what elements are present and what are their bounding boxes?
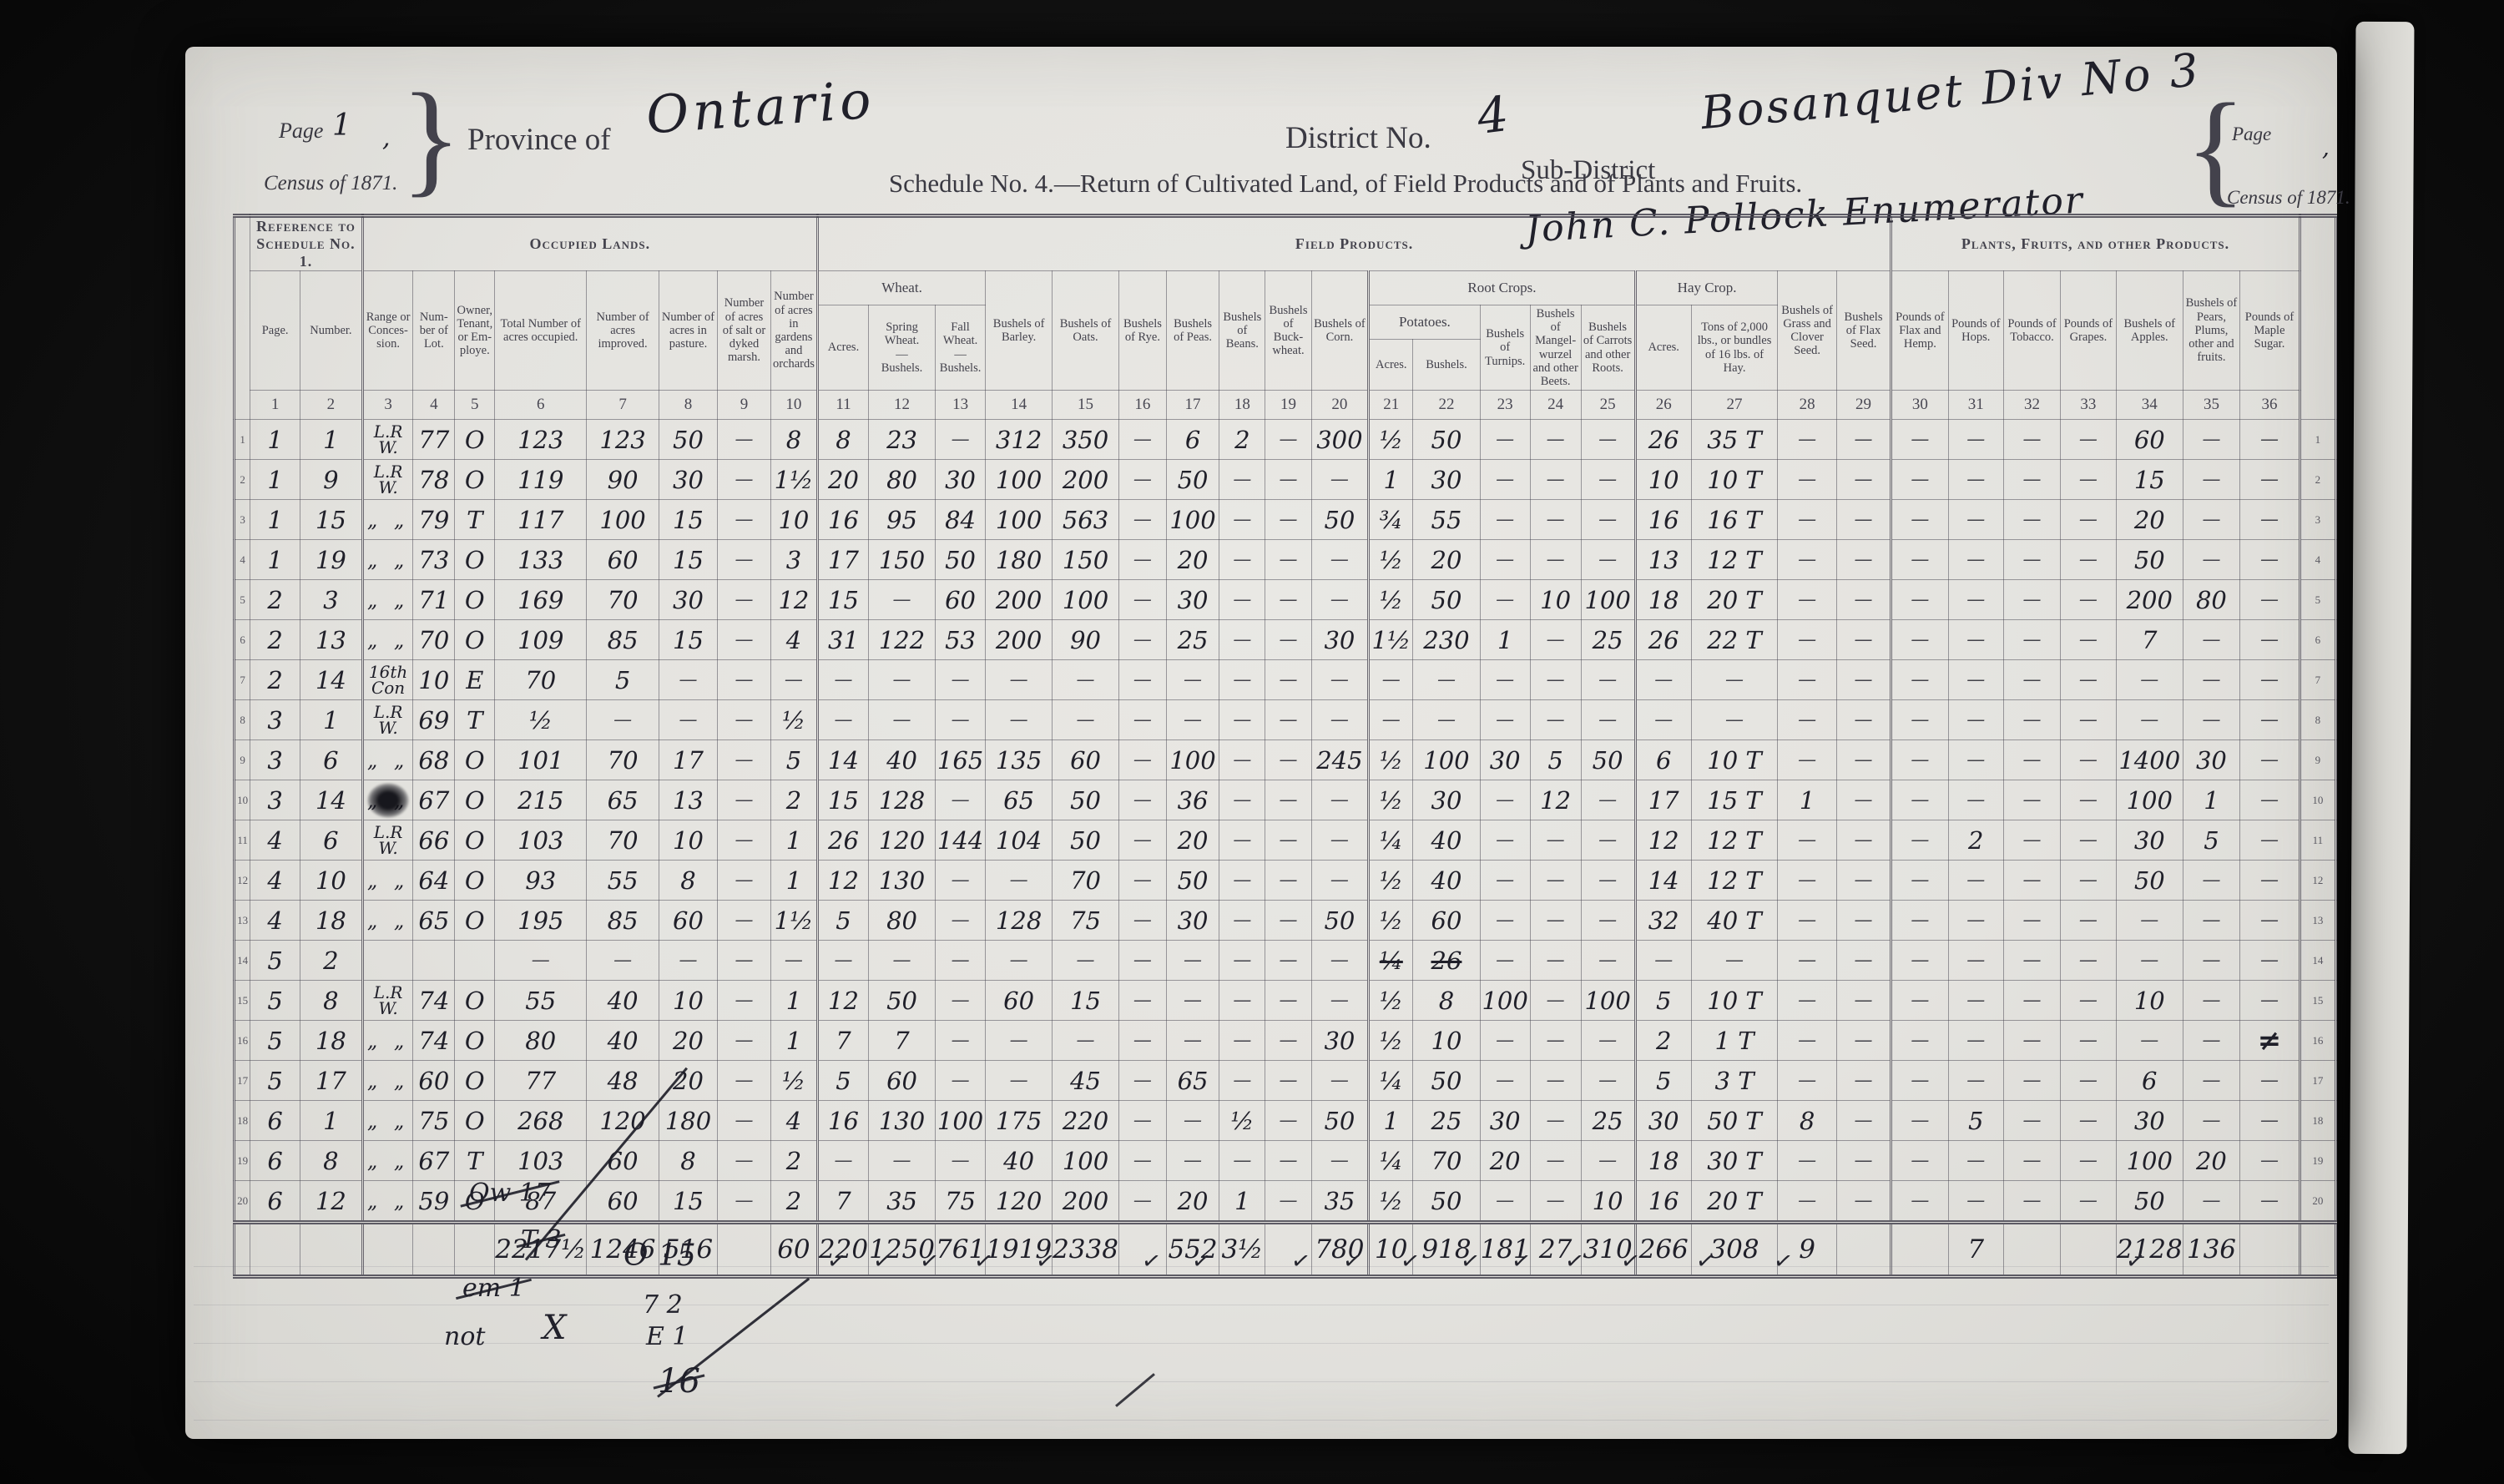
table-row: 1558L.R W.74O554010—11250—6015—————½8100… xyxy=(235,981,2336,1021)
table-cell: — xyxy=(935,1021,985,1061)
table-cell: — xyxy=(1311,861,1369,901)
table-cell: — xyxy=(1891,700,1948,740)
table-cell: — xyxy=(2116,901,2183,941)
table-cell: — xyxy=(1219,500,1265,540)
table-cell: 66 xyxy=(413,820,455,861)
table-cell: — xyxy=(1530,1061,1581,1101)
table-cell: 1 xyxy=(1369,1101,1413,1141)
table-cell: — xyxy=(1581,820,1635,861)
table-cell: 5 xyxy=(250,1061,300,1101)
table-row: 12410„ „64O93558—112130——70—50———½40———1… xyxy=(235,861,2336,901)
table-cell: 5 xyxy=(817,901,868,941)
table-cell: 1400 xyxy=(2116,740,2183,780)
table-cell: — xyxy=(1948,660,2003,700)
table-cell: 50 xyxy=(2116,540,2183,580)
table-cell: — xyxy=(2004,901,2061,941)
table-cell: 1 xyxy=(250,500,300,540)
table-cell: — xyxy=(986,700,1053,740)
table-cell: O xyxy=(455,780,495,820)
table-cell: 1 xyxy=(250,420,300,460)
table-cell: 133 xyxy=(495,540,587,580)
row-number: 9 xyxy=(2300,740,2335,780)
table-cell: „ „ xyxy=(362,1021,413,1061)
table-cell: — xyxy=(1530,901,1581,941)
table-cell: — xyxy=(1480,861,1530,901)
table-cell: 70 xyxy=(587,820,659,861)
table-cell: — xyxy=(1311,700,1369,740)
table-cell: 1 xyxy=(770,981,817,1021)
table-cell: 1 xyxy=(250,540,300,580)
table-cell: — xyxy=(1166,941,1219,981)
table-cell: 60 xyxy=(413,1061,455,1101)
row-number: 8 xyxy=(235,700,250,740)
table-cell: 1 xyxy=(1369,460,1413,500)
scribble-text: E 1 xyxy=(646,1322,689,1351)
table-cell: 100 xyxy=(1413,740,1480,780)
row-number: 8 xyxy=(2300,700,2335,740)
scribble-text: not xyxy=(444,1322,485,1351)
row-number: 16 xyxy=(2300,1021,2335,1061)
table-cell: — xyxy=(1311,820,1369,861)
col-hops: Pounds of Hops. xyxy=(1948,271,2003,391)
table-cell: „ „ xyxy=(362,901,413,941)
table-cell: 2 xyxy=(770,1181,817,1223)
table-cell: 5 xyxy=(817,1061,868,1101)
table-cell: — xyxy=(2240,660,2300,700)
column-number: 11 xyxy=(817,391,868,420)
table-cell: 68 xyxy=(413,740,455,780)
table-cell: — xyxy=(1948,460,2003,500)
table-cell: 2 xyxy=(250,620,300,660)
right-page-label: Page xyxy=(2232,124,2271,145)
table-cell: 8 xyxy=(659,1141,717,1181)
table-cell: — xyxy=(1118,540,1166,580)
table-cell: — xyxy=(1581,901,1635,941)
table-cell: O xyxy=(455,460,495,500)
table-cell: 1½ xyxy=(770,901,817,941)
table-cell: — xyxy=(986,1021,1053,1061)
schedule-table-wrap: Reference to Schedule No. 1. Occupied La… xyxy=(233,214,2337,1279)
table-cell: — xyxy=(2004,500,2061,540)
table-cell: 16 xyxy=(817,1101,868,1141)
col-grass-clover-seed: Bushels of Grass and Clover Seed. xyxy=(1778,271,1836,391)
table-cell: — xyxy=(718,861,771,901)
table-cell: 5 xyxy=(250,941,300,981)
table-cell: 75 xyxy=(1053,901,1119,941)
table-cell: 19 xyxy=(300,540,363,580)
row-number: 15 xyxy=(235,981,250,1021)
table-cell: 14 xyxy=(300,660,363,700)
table-cell: 2 xyxy=(770,780,817,820)
table-cell: — xyxy=(1166,1021,1219,1061)
row-number: 20 xyxy=(2300,1181,2335,1223)
table-cell: — xyxy=(1691,700,1778,740)
table-cell: — xyxy=(1480,1181,1530,1223)
table-cell: 10 xyxy=(770,500,817,540)
table-cell: — xyxy=(1948,1061,2003,1101)
table-cell: 100 xyxy=(935,1101,985,1141)
table-cell: — xyxy=(1530,1141,1581,1181)
table-cell: — xyxy=(2004,1141,2061,1181)
table-cell: — xyxy=(1166,700,1219,740)
table-cell: 200 xyxy=(2116,580,2183,620)
table-cell: — xyxy=(1265,780,1311,820)
table-cell: 3 xyxy=(300,580,363,620)
table-cell: 16 T xyxy=(1691,500,1778,540)
row-number: 9 xyxy=(235,740,250,780)
row-number: 6 xyxy=(235,620,250,660)
row-number: 2 xyxy=(235,460,250,500)
table-cell: — xyxy=(1836,620,1891,660)
table-cell: 25 xyxy=(1581,1101,1635,1141)
col-spring-wheat: Spring Wheat. — Bushels. xyxy=(869,305,936,391)
table-cell: — xyxy=(2061,1061,2117,1101)
table-cell: 60 xyxy=(659,901,717,941)
table-cell: — xyxy=(869,660,936,700)
group-plants-fruits: Plants, Fruits, and other Products. xyxy=(1891,216,2300,271)
table-cell: — xyxy=(587,941,659,981)
table-cell: 60 xyxy=(587,540,659,580)
table-cell: 15 xyxy=(300,500,363,540)
table-cell: 128 xyxy=(986,901,1053,941)
left-margin-header xyxy=(235,216,250,420)
table-cell: O xyxy=(455,981,495,1021)
table-cell: 3 xyxy=(770,540,817,580)
table-cell: „ „ xyxy=(362,540,413,580)
table-cell: 18 xyxy=(1635,580,1691,620)
table-cell: — xyxy=(1891,901,1948,941)
table-cell: 10 xyxy=(300,861,363,901)
table-cell: — xyxy=(1053,700,1119,740)
table-cell: — xyxy=(1948,1181,2003,1223)
table-cell: „ „ xyxy=(362,1061,413,1101)
column-number: 5 xyxy=(455,391,495,420)
row-number: 10 xyxy=(2300,780,2335,820)
row-number: 19 xyxy=(2300,1141,2335,1181)
table-cell: — xyxy=(2240,1181,2300,1223)
col-potato-bushels: Bushels. xyxy=(1413,340,1480,391)
table-cell: 122 xyxy=(869,620,936,660)
table-cell: — xyxy=(1265,620,1311,660)
table-cell: — xyxy=(1530,861,1581,901)
table-cell: 4 xyxy=(250,861,300,901)
table-cell: 10 xyxy=(1530,580,1581,620)
table-cell xyxy=(455,941,495,981)
table-cell: 2 xyxy=(1948,820,2003,861)
table-cell: 20 xyxy=(2183,1141,2239,1181)
table-cell: — xyxy=(1948,901,2003,941)
table-cell xyxy=(250,1223,300,1277)
table-cell: — xyxy=(2183,941,2239,981)
district-number-handwritten: 4 xyxy=(1474,85,1512,145)
table-cell: 31 xyxy=(817,620,868,660)
table-cell: — xyxy=(2004,861,2061,901)
table-cell: 73 xyxy=(413,540,455,580)
table-cell: 5 xyxy=(1635,1061,1691,1101)
table-cell: — xyxy=(1118,780,1166,820)
table-cell: — xyxy=(2004,1021,2061,1061)
table-cell: 20 xyxy=(659,1061,717,1101)
row-number: 11 xyxy=(2300,820,2335,861)
table-cell: 67 xyxy=(413,780,455,820)
province-handwritten: Ontario xyxy=(644,69,877,146)
table-cell: — xyxy=(1265,1061,1311,1101)
table-cell: — xyxy=(1311,1061,1369,1101)
table-cell: 30 xyxy=(1166,580,1219,620)
row-number xyxy=(2300,1223,2335,1277)
table-cell: 48 xyxy=(587,1061,659,1101)
table-cell: — xyxy=(1778,820,1836,861)
table-row: 16518„ „74O804020—177———————30½10———21 T… xyxy=(235,1021,2336,1061)
table-cell: 50 xyxy=(1311,1101,1369,1141)
col-flax-hemp: Pounds of Flax and Hemp. xyxy=(1891,271,1948,391)
table-cell: — xyxy=(2004,660,2061,700)
table-cell: — xyxy=(718,420,771,460)
table-cell: — xyxy=(1530,1021,1581,1061)
table-cell: — xyxy=(1530,540,1581,580)
table-cell: — xyxy=(1530,500,1581,540)
table-cell: O xyxy=(455,540,495,580)
table-cell: — xyxy=(2061,700,2117,740)
row-number: 18 xyxy=(235,1101,250,1141)
table-cell: 100 xyxy=(1166,740,1219,780)
row-number: 7 xyxy=(2300,660,2335,700)
col-acres-pasture: Number of acres in pasture. xyxy=(659,271,717,391)
table-cell: — xyxy=(2183,620,2239,660)
table-cell: 4 xyxy=(770,620,817,660)
table-cell: — xyxy=(1836,1021,1891,1061)
table-cell: 15 T xyxy=(1691,780,1778,820)
table-cell: 1 xyxy=(770,861,817,901)
table-row: 17517„ „60O774820—½560——45—65———¼50———53… xyxy=(235,1061,2336,1101)
table-cell: 45 xyxy=(1053,1061,1119,1101)
table-cell: 20 xyxy=(817,460,868,500)
table-cell: 65 xyxy=(413,901,455,941)
table-cell: — xyxy=(1891,580,1948,620)
table-cell: — xyxy=(1581,420,1635,460)
table-row: 3115„ „79T11710015—10169584100563—100——5… xyxy=(235,500,2336,540)
col-barley: Bushels of Barley. xyxy=(986,271,1053,391)
table-cell: — xyxy=(1948,700,2003,740)
table-cell: 195 xyxy=(495,901,587,941)
table-cell: — xyxy=(2240,620,2300,660)
table-cell: — xyxy=(2240,861,2300,901)
table-cell: — xyxy=(2061,820,2117,861)
table-cell: 35 T xyxy=(1691,420,1778,460)
table-cell xyxy=(2061,1223,2117,1277)
table-cell: 119 xyxy=(495,460,587,500)
table-cell: — xyxy=(2061,981,2117,1021)
table-cell: — xyxy=(1265,660,1311,700)
col-maple-sugar: Pounds of Maple Sugar. xyxy=(2240,271,2300,391)
table-cell: — xyxy=(2061,740,2117,780)
col-hay-tons: Tons of 2,000 lbs., or bundles of 16 lbs… xyxy=(1691,305,1778,391)
table-cell: 130 xyxy=(869,861,936,901)
table-cell xyxy=(2240,1223,2300,1277)
table-cell: 7 xyxy=(817,1021,868,1061)
table-cell: 50 xyxy=(1413,420,1480,460)
table-cell: — xyxy=(869,941,936,981)
table-cell: — xyxy=(1530,420,1581,460)
table-cell: — xyxy=(1480,420,1530,460)
row-number: 10 xyxy=(235,780,250,820)
subgroup-root-crops: Root Crops. xyxy=(1369,271,1636,305)
table-cell: 150 xyxy=(1053,540,1119,580)
table-cell: 109 xyxy=(495,620,587,660)
table-cell: ½ xyxy=(1369,861,1413,901)
table-cell: 10 T xyxy=(1691,981,1778,1021)
table-cell: — xyxy=(1778,1181,1836,1223)
table-cell: O xyxy=(455,1061,495,1101)
table-cell: — xyxy=(1219,540,1265,580)
table-cell: — xyxy=(1265,740,1311,780)
table-cell: ¼ xyxy=(1369,820,1413,861)
table-cell: — xyxy=(1219,941,1265,981)
table-cell: — xyxy=(718,540,771,580)
table-cell: — xyxy=(718,660,771,700)
table-cell: 10 xyxy=(659,820,717,861)
table-cell: — xyxy=(1311,660,1369,700)
pen-tick xyxy=(1115,1373,1155,1407)
row-number: 19 xyxy=(235,1141,250,1181)
scribble-text: 7 2 xyxy=(643,1290,683,1320)
table-cell: — xyxy=(1265,820,1311,861)
table-cell: — xyxy=(2116,660,2183,700)
table-cell: 100 xyxy=(1166,500,1219,540)
table-cell: 26 xyxy=(1413,941,1480,981)
col-page: Page. xyxy=(250,271,300,391)
table-cell: 10 xyxy=(413,660,455,700)
table-cell: 200 xyxy=(1053,1181,1119,1223)
table-row: 523„ „71O1697030—1215—60200100—30———½50—… xyxy=(235,580,2336,620)
table-cell: ½ xyxy=(1369,580,1413,620)
table-cell: 20 xyxy=(1166,820,1219,861)
table-cell: — xyxy=(2183,1021,2239,1061)
row-number: 15 xyxy=(2300,981,2335,1021)
table-cell: 100 xyxy=(986,500,1053,540)
table-cell: — xyxy=(2061,660,2117,700)
table-cell: 266 xyxy=(1635,1223,1691,1277)
table-cell: O xyxy=(455,820,495,861)
table-cell: — xyxy=(2061,1101,2117,1141)
table-cell: — xyxy=(2240,941,2300,981)
table-cell: — xyxy=(986,1061,1053,1101)
column-number: 14 xyxy=(986,391,1053,420)
table-cell: 50 xyxy=(1413,580,1480,620)
table-cell: 85 xyxy=(587,901,659,941)
table-cell: — xyxy=(1948,1141,2003,1181)
table-cell: — xyxy=(1836,1141,1891,1181)
table-cell: — xyxy=(1166,981,1219,1021)
table-cell: — xyxy=(2004,1101,2061,1141)
table-cell: 350 xyxy=(1053,420,1119,460)
table-cell: — xyxy=(2183,1101,2239,1141)
table-cell: — xyxy=(718,1141,771,1181)
table-cell: — xyxy=(1219,780,1265,820)
table-cell: 30 T xyxy=(1691,1141,1778,1181)
table-cell: — xyxy=(659,700,717,740)
table-cell: — xyxy=(1778,901,1836,941)
table-cell: — xyxy=(1053,941,1119,981)
table-cell: — xyxy=(2183,1181,2239,1223)
table-cell: „ „ xyxy=(362,500,413,540)
table-cell: ¼ xyxy=(1369,941,1413,981)
table-cell: — xyxy=(1635,660,1691,700)
subdistrict-label: Sub-District xyxy=(1521,155,1655,186)
schedule-table: Reference to Schedule No. 1. Occupied La… xyxy=(233,214,2337,1279)
table-cell: L.R W. xyxy=(362,420,413,460)
table-cell: — xyxy=(1265,460,1311,500)
table-cell: — xyxy=(659,941,717,981)
column-number: 36 xyxy=(2240,391,2300,420)
table-cell: 30 xyxy=(2116,1101,2183,1141)
group-occupied-lands: Occupied Lands. xyxy=(362,216,817,271)
table-cell: — xyxy=(2061,580,2117,620)
table-cell: — xyxy=(2061,941,2117,981)
scribble-text: X xyxy=(543,1309,566,1347)
table-cell: ≠ xyxy=(2240,1021,2300,1061)
col-turnips: Bushels of Turnips. xyxy=(1480,305,1530,391)
table-cell: 26 xyxy=(817,820,868,861)
table-cell: ¼ xyxy=(1369,1141,1413,1181)
table-cell: 55 xyxy=(495,981,587,1021)
table-cell: — xyxy=(2004,1061,2061,1101)
table-cell: — xyxy=(2004,820,2061,861)
col-peas: Bushels of Peas. xyxy=(1166,271,1219,391)
table-cell: — xyxy=(1778,941,1836,981)
table-cell: 120 xyxy=(587,1101,659,1141)
table-cell: 64 xyxy=(413,861,455,901)
column-number: 19 xyxy=(1265,391,1311,420)
row-number xyxy=(235,1223,250,1277)
table-cell: — xyxy=(1480,580,1530,620)
table-cell: — xyxy=(1635,941,1691,981)
table-cell: — xyxy=(1778,861,1836,901)
table-cell: 6 xyxy=(300,740,363,780)
comma-mark: , xyxy=(382,124,391,153)
table-cell: — xyxy=(2240,700,2300,740)
table-cell: — xyxy=(2004,460,2061,500)
table-cell: 30 xyxy=(935,460,985,500)
table-cell: 136 xyxy=(2183,1223,2239,1277)
table-cell: — xyxy=(1166,1141,1219,1181)
table-cell: 15 xyxy=(659,500,717,540)
table-cell: 215 xyxy=(495,780,587,820)
table-cell: — xyxy=(1219,901,1265,941)
table-cell: — xyxy=(1480,820,1530,861)
table-cell: — xyxy=(2240,500,2300,540)
table-cell: 15 xyxy=(659,620,717,660)
table-cell: L.R W. xyxy=(362,981,413,1021)
table-cell: — xyxy=(1581,861,1635,901)
table-cell: — xyxy=(1265,1181,1311,1223)
table-cell: 60 xyxy=(770,1223,817,1277)
table-cell xyxy=(2004,1223,2061,1277)
table-cell: 25 xyxy=(1413,1101,1480,1141)
table-cell: — xyxy=(718,1021,771,1061)
table-cell: — xyxy=(2240,1101,2300,1141)
table-cell: 85 xyxy=(587,620,659,660)
table-cell: — xyxy=(2004,1181,2061,1223)
table-cell: 563 xyxy=(1053,500,1119,540)
table-cell: — xyxy=(1530,941,1581,981)
table-cell: 100 xyxy=(1053,1141,1119,1181)
table-cell: 14 xyxy=(817,740,868,780)
table-cell: — xyxy=(935,420,985,460)
column-number-row: 1234567891011121314151617181920212223242… xyxy=(235,391,2336,420)
table-cell: — xyxy=(817,941,868,981)
row-number: 6 xyxy=(2300,620,2335,660)
